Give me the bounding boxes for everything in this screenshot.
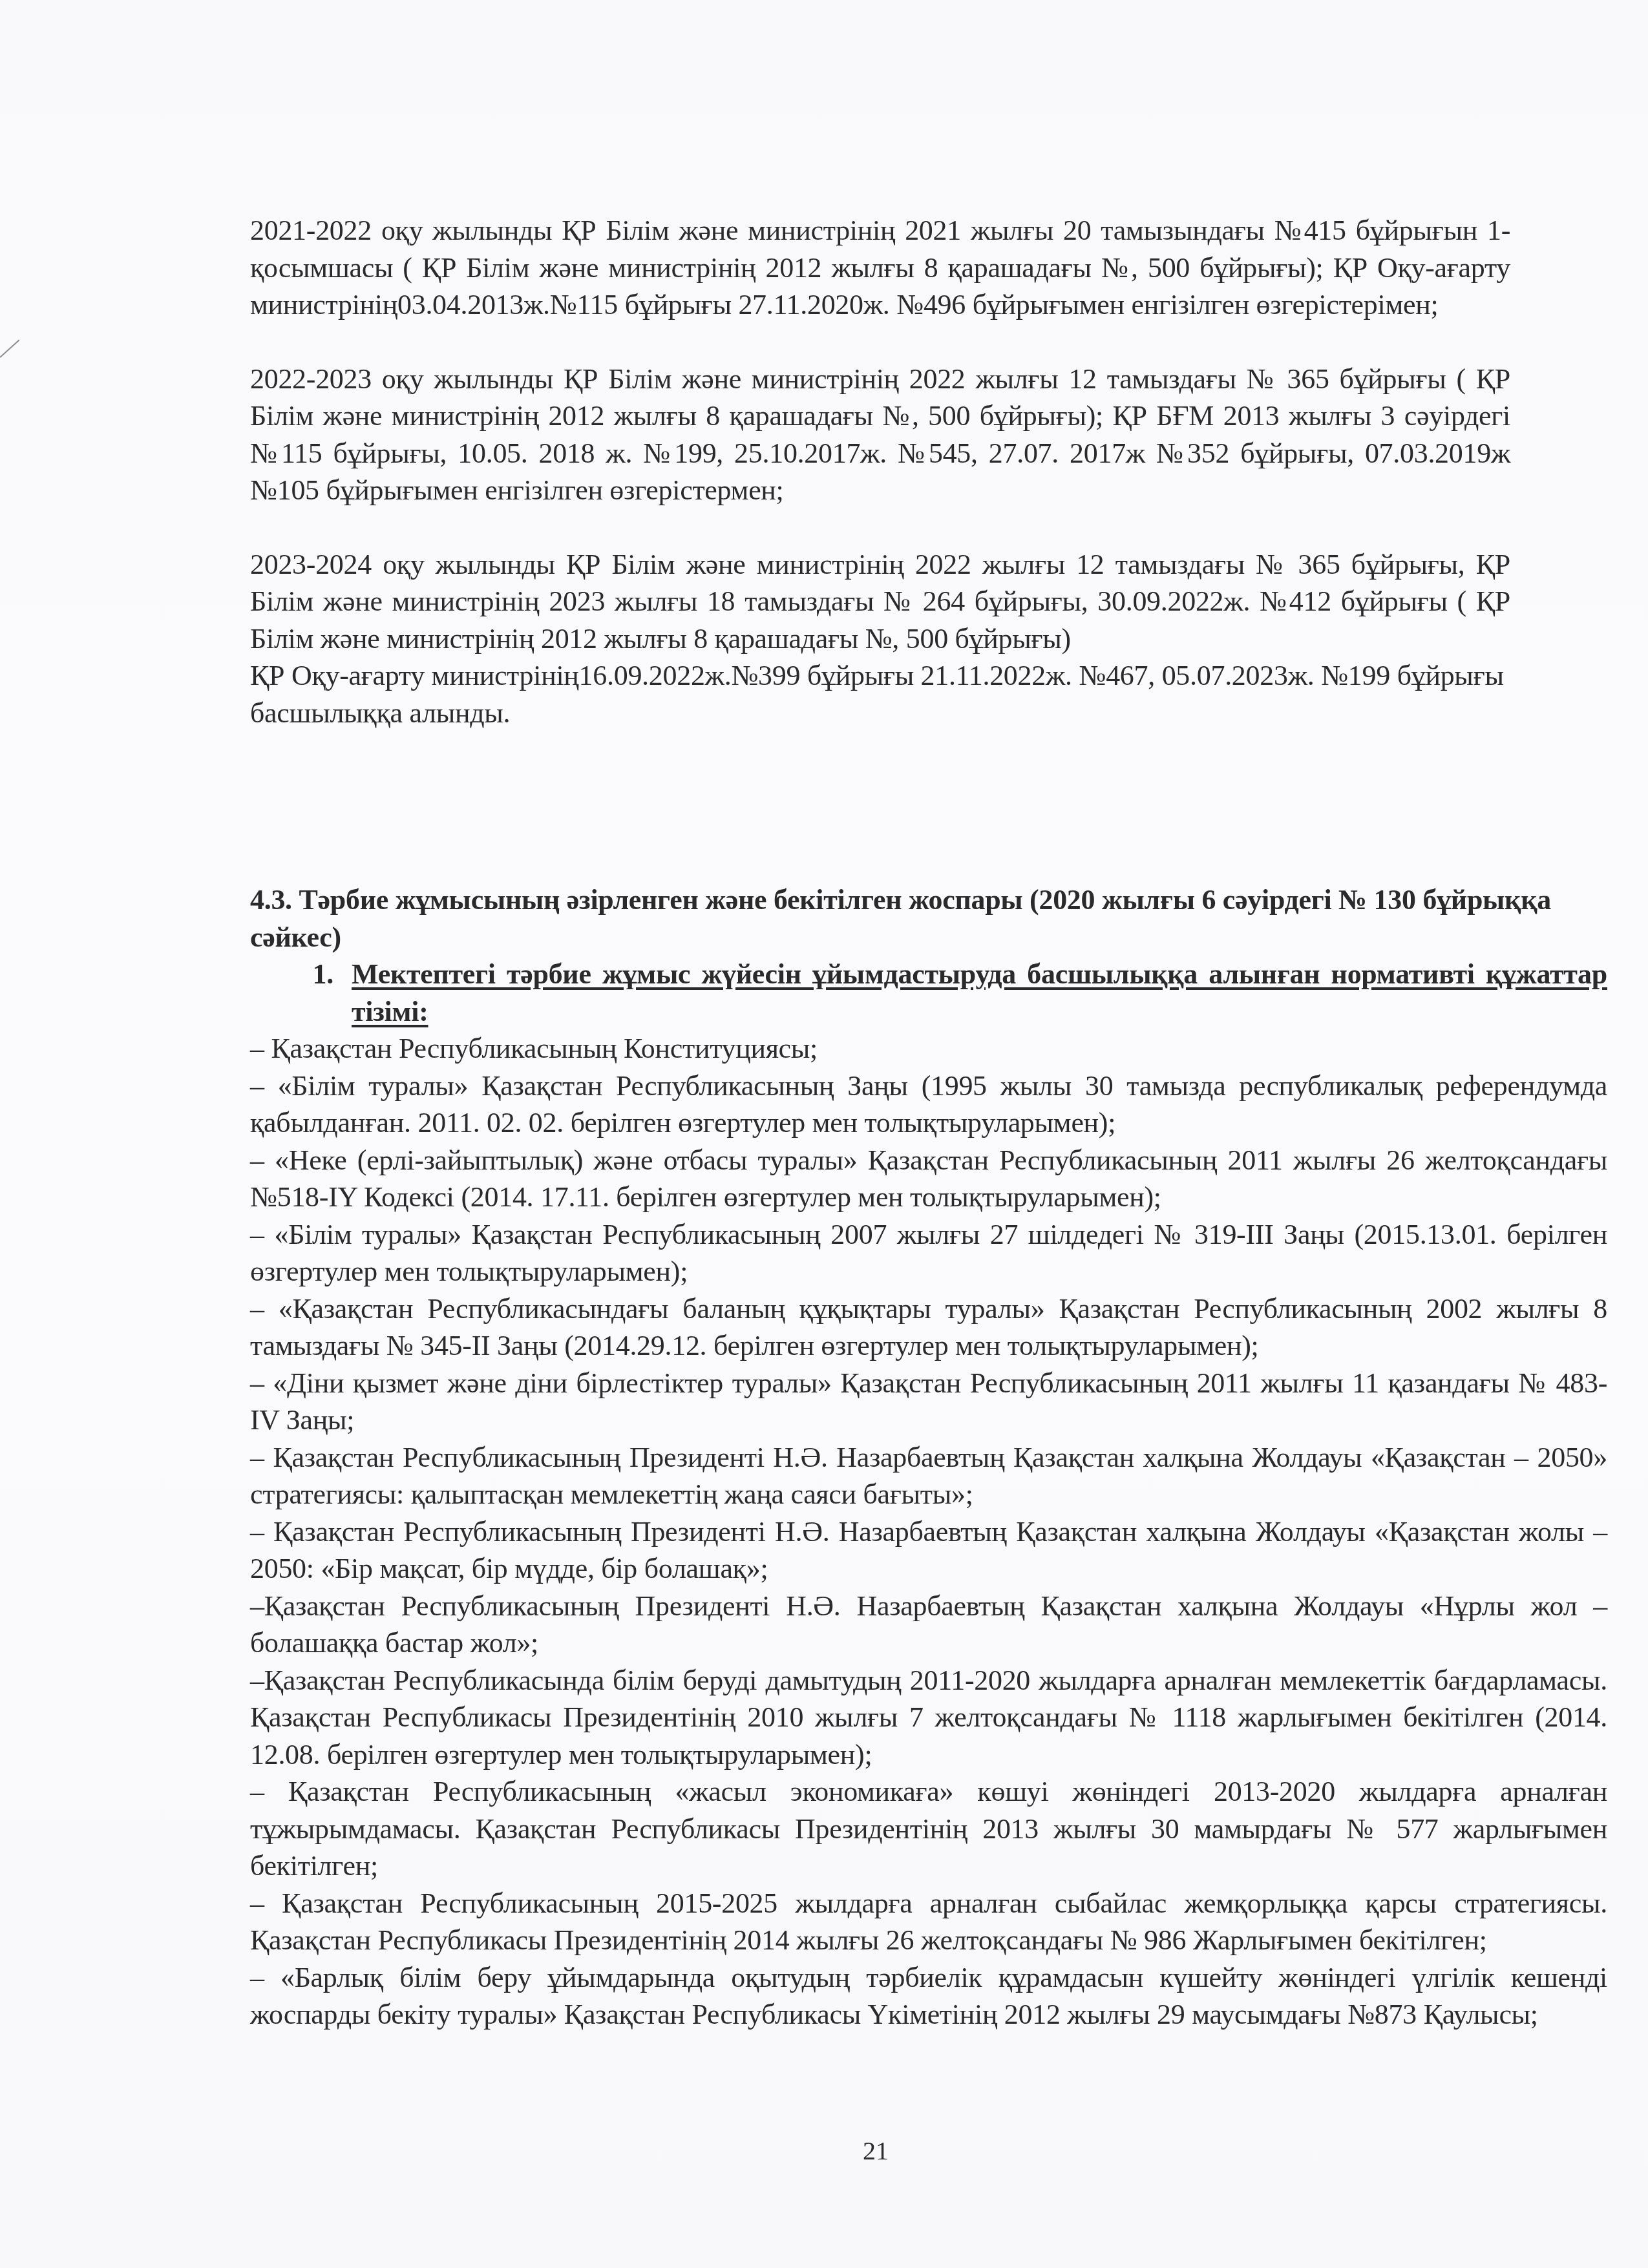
paragraph-2021-2022: 2021-2022 оқу жылынды ҚР Білім және мини… — [250, 212, 1510, 324]
list-item: – «Барлық білім беру ұйымдарында оқытуды… — [250, 1959, 1607, 2033]
list-item: – Қазақстан Республикасының 2015-2025 жы… — [250, 1885, 1607, 1959]
numbered-item-number: 1. — [250, 956, 352, 1030]
document-page: 2021-2022 оқу жылынды ҚР Білім және мини… — [0, 0, 1648, 2268]
numbered-item: 1. Мектептегі тәрбие жұмыс жүйесін ұйымд… — [250, 956, 1607, 1030]
section-4-3: 4.3. Тәрбие жұмысының әзірленген және бе… — [250, 881, 1607, 2033]
scan-artifact-mark — [0, 339, 19, 357]
list-item: – «Діни қызмет және діни бірлестіктер ту… — [250, 1365, 1607, 1439]
page-number: 21 — [0, 2136, 1648, 2166]
paragraph-gap — [250, 509, 1510, 546]
section-heading: 4.3. Тәрбие жұмысының әзірленген және бе… — [250, 881, 1607, 956]
list-item: –Қазақстан Республикасының Президенті Н.… — [250, 1588, 1607, 1662]
paragraph-2023-2024: 2023-2024 оқу жылынды ҚР Білім және мини… — [250, 546, 1510, 658]
list-item: – «Білім туралы» Қазақстан Республикасын… — [250, 1067, 1607, 1142]
paragraph-gap — [250, 324, 1510, 361]
regulatory-documents-list: – Қазақстан Республикасының Конституцияс… — [250, 1030, 1607, 2033]
numbered-item-text: Мектептегі тәрбие жұмыс жүйесін ұйымдаст… — [352, 956, 1607, 1030]
list-item: – Қазақстан Республикасының Президенті Н… — [250, 1513, 1607, 1588]
paragraph-2023-2024-continued: ҚР Оқу-ағарту министрінің16.09.2022ж.№39… — [250, 657, 1510, 731]
list-item: – Қазақстан Республикасының Конституцияс… — [250, 1030, 1607, 1067]
list-item: –Қазақстан Республикасында білім беруді … — [250, 1662, 1607, 1774]
list-item: – Қазақстан Республикасының «жасыл эконо… — [250, 1773, 1607, 1885]
paragraph-2022-2023: 2022-2023 оқу жылынды ҚР Білім және мини… — [250, 361, 1510, 509]
list-item: – «Қазақстан Республикасындағы баланың қ… — [250, 1290, 1607, 1365]
list-item: – «Білім туралы» Қазақстан Республикасын… — [250, 1216, 1607, 1290]
orders-paragraphs: 2021-2022 оқу жылынды ҚР Білім және мини… — [250, 212, 1510, 731]
list-item: – «Неке (ерлі-зайыптылық) және отбасы ту… — [250, 1142, 1607, 1216]
list-item: – Қазақстан Республикасының Президенті Н… — [250, 1439, 1607, 1513]
